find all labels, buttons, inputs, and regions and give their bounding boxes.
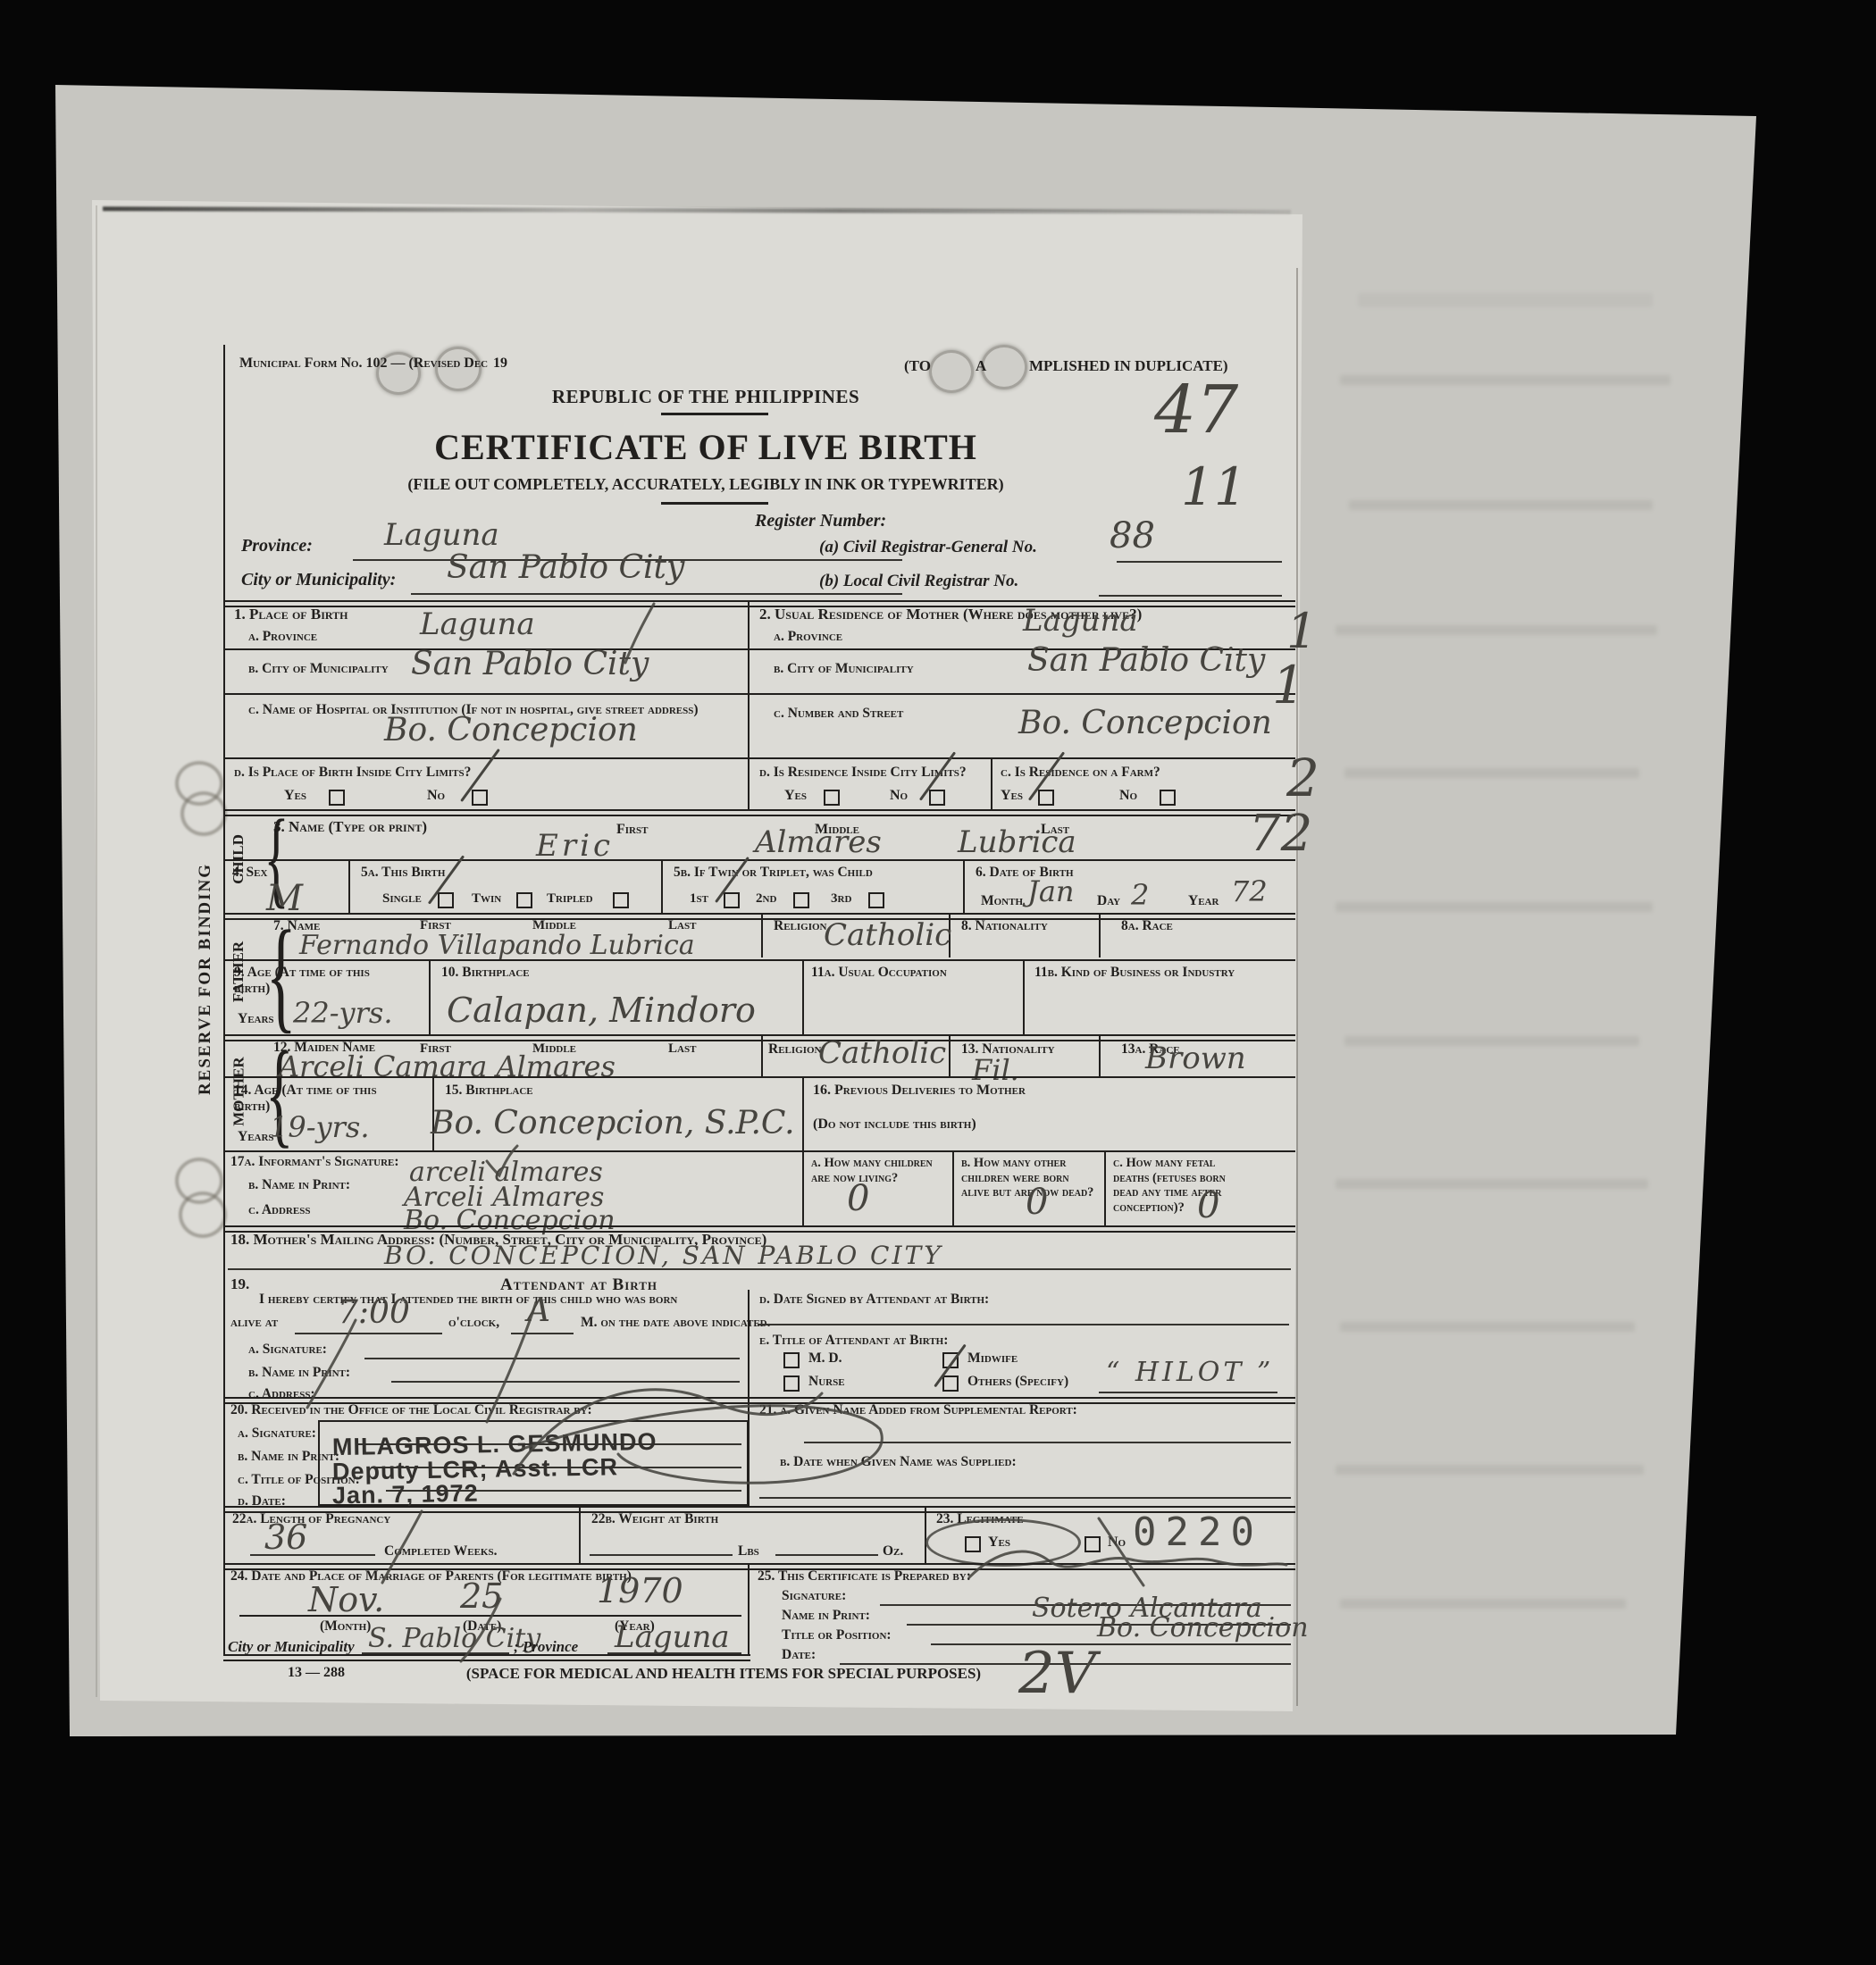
s2b-label: b. City of Municipality xyxy=(774,661,914,677)
children-living-value: 0 xyxy=(847,1181,869,1217)
pen-oval-yes xyxy=(925,1518,1081,1567)
triplet-checkbox xyxy=(613,892,629,908)
section-rule xyxy=(223,1654,750,1661)
row-rule xyxy=(223,757,1295,759)
mother-religion-label: Religion xyxy=(768,1041,822,1058)
weight-label: 22b. Weight at Birth xyxy=(591,1511,718,1527)
lbs-line xyxy=(590,1554,733,1556)
attendant-name-line xyxy=(391,1381,740,1383)
others-checkbox xyxy=(942,1375,959,1392)
third-order-label: 3rd xyxy=(831,891,851,907)
column-divider xyxy=(761,1034,763,1076)
column-divider xyxy=(1099,913,1101,957)
month-value: Jan xyxy=(1027,877,1075,906)
row-rule xyxy=(223,693,1295,695)
informant-name-label: b. Name in Print: xyxy=(248,1177,350,1193)
child-first-name: Eric xyxy=(536,831,614,861)
s1a-label: a. Province xyxy=(248,629,317,645)
column-divider xyxy=(952,1150,954,1225)
year-label: Year xyxy=(1188,893,1219,909)
others-line xyxy=(1099,1392,1277,1393)
marriage-province-value: Laguna xyxy=(615,1622,730,1652)
father-religion-label: Religion xyxy=(774,918,827,934)
duplicate-note-2: A xyxy=(976,357,986,375)
children-dead-value: 0 xyxy=(1026,1184,1048,1220)
duplicate-note-1: (TO xyxy=(904,357,931,375)
s1d-yes-checkbox xyxy=(329,790,345,806)
section-rule xyxy=(223,809,1295,816)
prepared-name-label: Name in Print: xyxy=(782,1608,870,1624)
received-name-label: b. Name in Print: xyxy=(238,1449,339,1465)
margin-smudge xyxy=(179,1192,227,1238)
prepared-signature-label: Signature: xyxy=(782,1588,846,1604)
column-divider xyxy=(348,859,350,913)
margin-annotation: 2V xyxy=(1018,1645,1096,1702)
certify-oclock: o'clock, xyxy=(448,1315,499,1331)
ornament-rule xyxy=(661,413,768,415)
marriage-province-label: ; Province xyxy=(514,1638,578,1656)
column-divider xyxy=(949,1034,951,1076)
completed-weeks-label: Completed Weeks. xyxy=(384,1543,497,1559)
attendant-signature-label: a. Signature: xyxy=(248,1342,327,1358)
first-order-label: 1st xyxy=(690,891,708,907)
local-civil-registrar-value: 88 xyxy=(1110,518,1155,554)
legitimate-no-checkbox xyxy=(1085,1536,1101,1552)
s1d-label: d. Is Place of Birth Inside City Limits? xyxy=(234,765,471,781)
ampm-value: A xyxy=(527,1295,550,1327)
page-left-edge xyxy=(96,205,97,1697)
single-label: Single xyxy=(382,891,422,907)
pregnancy-label: 22a. Length of Pregnancy xyxy=(232,1511,390,1527)
city-municipality-value: San Pablo City xyxy=(447,552,684,584)
s2e-yes-label: Yes xyxy=(1001,788,1023,804)
sex-label: 4. Sex xyxy=(232,865,267,881)
s2c-label: c. Number and Street xyxy=(774,706,903,722)
legitimate-no-label: No xyxy=(1108,1534,1126,1551)
nurse-label: Nurse xyxy=(808,1374,845,1390)
s2a-label: a. Province xyxy=(774,629,842,645)
mother-age-years-label: Years xyxy=(238,1129,274,1145)
city-municipality-line xyxy=(411,593,902,595)
s1d-no-label: No xyxy=(427,788,445,804)
form-number: Municipal Form No. 102 — (Revised Dec xyxy=(239,355,488,372)
bleedthrough-line xyxy=(1336,902,1653,912)
page-right-edge xyxy=(1296,268,1298,1706)
marriage-day-value: 25 xyxy=(460,1579,503,1613)
oz-label: Oz. xyxy=(883,1543,903,1559)
column-divider xyxy=(991,757,992,811)
supplemental-date-label: b. Date when Given Name was Supplied: xyxy=(780,1454,1017,1470)
s1b-label: b. City of Municipality xyxy=(248,661,389,677)
certify-alive-at: alive at xyxy=(230,1315,278,1331)
s1a-value: Laguna xyxy=(420,609,535,640)
prepared-title-label: Title or Position: xyxy=(782,1627,892,1643)
supplemental-date-line xyxy=(759,1497,1291,1499)
s1b-value: San Pablo City xyxy=(411,648,649,681)
certificate-subtitle: (FILE OUT COMPLETELY, ACCURATELY, LEGIBL… xyxy=(223,475,1188,494)
day-value: 2 xyxy=(1131,881,1149,909)
attendant-name-label: b. Name in Print: xyxy=(248,1365,350,1381)
bleedthrough-line xyxy=(1340,375,1671,385)
mother-nationality-value: Fil. xyxy=(972,1056,1019,1084)
third-order-checkbox xyxy=(868,892,884,908)
margin-annotation: 1 xyxy=(1286,607,1317,656)
s2d-no-label: No xyxy=(890,788,908,804)
second-order-label: 2nd xyxy=(756,891,776,907)
register-number-label: Register Number: xyxy=(755,511,886,531)
republic-heading: REPUBLIC OF THE PHILIPPINES xyxy=(223,386,1188,407)
serial-stamp: 0220 xyxy=(1133,1509,1263,1555)
local-civil-registrar-label: (b) Local Civil Registrar No. xyxy=(819,572,1018,591)
s2e-no-checkbox xyxy=(1160,790,1176,806)
father-race-label: 8a. Race xyxy=(1121,918,1173,934)
section-rule xyxy=(223,1034,1295,1041)
day-label: Day xyxy=(1097,893,1120,909)
bleedthrough-line xyxy=(1336,625,1657,635)
place-of-birth-header: 1. Place of Birth xyxy=(234,606,348,623)
province-value: Laguna xyxy=(384,520,499,550)
supplemental-name-label: 21. a. Given Name Added from Supplementa… xyxy=(759,1402,1286,1418)
s2a-value: Laguna xyxy=(1023,606,1138,636)
single-checkbox xyxy=(438,892,454,908)
title-of-attendant-label: e. Title of Attendant at Birth: xyxy=(759,1333,948,1349)
certify-line-2: M. on the date above indicated. xyxy=(581,1315,771,1331)
reserve-for-binding-label: RESERVE FOR BINDING xyxy=(196,818,215,1140)
city-municipality-label: City or Municipality: xyxy=(241,570,396,590)
ornament-rule xyxy=(661,502,768,505)
mother-last-header: Last xyxy=(668,1041,696,1057)
father-business-label: 11b. Kind of Business or Industry xyxy=(1034,965,1285,981)
column-divider xyxy=(661,859,663,913)
time-value: 7:00 xyxy=(338,1297,410,1329)
certify-line-1: I hereby certify that I attended the bir… xyxy=(259,1292,677,1308)
s2d-yes-label: Yes xyxy=(784,788,807,804)
bleedthrough-line xyxy=(1340,1599,1626,1609)
triplet-label: Tripled xyxy=(547,891,593,907)
column-divider xyxy=(748,1563,750,1654)
certificate-title: CERTIFICATE OF LIVE BIRTH xyxy=(223,427,1188,468)
q-children-living: a. How many children are now living? xyxy=(811,1156,945,1185)
attendant-number: 19. xyxy=(230,1275,249,1293)
civil-registrar-general-label: (a) Civil Registrar-General No. xyxy=(819,538,1037,557)
prepared-title-value: Bo. Concepcion xyxy=(1097,1615,1309,1642)
this-birth-label: 5a. This Birth xyxy=(361,865,445,881)
bleedthrough-line xyxy=(1336,1465,1644,1475)
bleedthrough-line xyxy=(1336,1179,1648,1189)
prepared-title-line xyxy=(931,1643,1291,1645)
mother-race-value: Brown xyxy=(1145,1043,1246,1074)
others-label: Others (Specify) xyxy=(967,1374,1068,1390)
form-left-border xyxy=(223,345,225,1656)
received-header: 20. Received in the Office of the Local … xyxy=(230,1402,731,1418)
row-rule xyxy=(223,959,1295,961)
column-divider xyxy=(1023,959,1025,1034)
q-fetal-deaths: c. How many fetal deaths (fetuses born d… xyxy=(1113,1156,1252,1216)
marriage-city-label: City or Municipality xyxy=(228,1638,355,1656)
marriage-year-value: 1970 xyxy=(597,1574,683,1608)
first-header: First xyxy=(616,822,648,838)
father-religion-value: Catholic xyxy=(824,920,951,950)
bleedthrough-line xyxy=(1344,768,1639,778)
first-order-checkbox xyxy=(724,892,740,908)
received-signature-label: a. Signature: xyxy=(238,1426,316,1442)
row-rule xyxy=(223,1150,1295,1152)
father-age-label: 9. Age (At time of this birth) xyxy=(234,965,386,997)
date-signed-label: d. Date Signed by Attendant at Birth: xyxy=(759,1292,989,1308)
column-divider xyxy=(748,600,750,811)
bleedthrough-line xyxy=(1358,293,1653,307)
prepared-date-label: Date: xyxy=(782,1647,816,1663)
s2e-yes-checkbox xyxy=(1038,790,1054,806)
twin-order-label: 5b. If Twin or Triplet, was Child xyxy=(674,865,873,881)
mailing-address-value: BO. CONCEPCION, SAN PABLO CITY xyxy=(384,1243,943,1268)
supplemental-name-line xyxy=(804,1442,1291,1443)
s1d-no-checkbox xyxy=(472,790,488,806)
footer-note: (SPACE FOR MEDICAL AND HEALTH ITEMS FOR … xyxy=(384,1665,1063,1683)
informant-signature-label: 17a. Informant's Signature: xyxy=(230,1154,399,1170)
prepared-header: 25. This Certificate is Prepared by: xyxy=(758,1568,971,1585)
previous-deliveries-note: (Do not include this birth) xyxy=(813,1116,976,1133)
s2e-no-label: No xyxy=(1119,788,1137,804)
bleedthrough-line xyxy=(1349,500,1653,510)
child-middle-name: Almares xyxy=(755,827,882,857)
column-divider xyxy=(1104,1150,1106,1225)
twin-checkbox xyxy=(516,892,532,908)
column-divider xyxy=(761,913,763,957)
column-divider xyxy=(748,1290,750,1397)
father-occupation-label: 11a. Usual Occupation xyxy=(811,965,947,981)
father-birthplace-label: 10. Birthplace xyxy=(441,965,530,981)
s1c-value: Bo. Concepcion xyxy=(384,715,638,747)
mailing-address-line xyxy=(228,1268,1291,1270)
informant-address-label: c. Address xyxy=(248,1202,310,1218)
md-label: M. D. xyxy=(808,1350,842,1367)
mother-religion-value: Catholic xyxy=(818,1038,946,1068)
bleedthrough-line xyxy=(1340,1322,1635,1332)
year-value: 72 xyxy=(1231,877,1268,906)
scanned-birth-certificate: Municipal Form No. 102 — (Revised Dec 19… xyxy=(0,0,1876,1965)
date-signed-line xyxy=(758,1324,1289,1325)
column-divider xyxy=(429,959,431,1034)
row-rule xyxy=(223,1076,1295,1078)
margin-annotation: 11 xyxy=(1181,461,1247,513)
md-checkbox xyxy=(783,1352,800,1368)
column-divider xyxy=(963,859,965,913)
child-name-label: 3. Name (Type or print) xyxy=(273,818,427,836)
mother-birthplace-value: Bo. Concepcion, S.P.C. xyxy=(431,1108,795,1140)
month-label: Month xyxy=(981,893,1023,909)
margin-annotation: 47 xyxy=(1154,377,1238,443)
father-name-value: Fernando Villapando Lubrica xyxy=(299,932,695,959)
mother-birthplace-label: 15. Birthplace xyxy=(445,1083,533,1099)
province-label: Province: xyxy=(241,536,313,556)
pregnancy-line xyxy=(250,1554,375,1556)
marriage-line xyxy=(239,1615,741,1617)
column-divider xyxy=(579,1506,581,1563)
mother-age-value: 19-yrs. xyxy=(270,1113,370,1141)
oz-line xyxy=(775,1554,878,1556)
father-birthplace-value: Calapan, Mindoro xyxy=(447,993,756,1027)
ampm-blank xyxy=(511,1333,574,1334)
child-last-name: Lubrica xyxy=(958,827,1076,857)
previous-deliveries-label: 16. Previous Deliveries to Mother xyxy=(813,1083,1026,1099)
pregnancy-value: 36 xyxy=(264,1520,307,1554)
attendant-signature-line xyxy=(364,1358,740,1359)
marriage-month-value: Nov. xyxy=(308,1583,384,1617)
local-civil-registrar-line xyxy=(1099,595,1282,597)
s2b-value: San Pablo City xyxy=(1027,645,1265,677)
time-blank xyxy=(295,1333,442,1334)
father-nationality-label: 8. Nationality xyxy=(961,918,1048,934)
punch-hole xyxy=(981,345,1027,389)
column-divider xyxy=(925,1506,926,1563)
lbs-label: Lbs xyxy=(738,1543,759,1559)
fetal-deaths-value: 0 xyxy=(1197,1188,1219,1224)
second-order-checkbox xyxy=(793,892,809,908)
column-divider xyxy=(802,959,804,1034)
midwife-label: Midwife xyxy=(967,1350,1018,1367)
civil-registrar-general-line xyxy=(1117,561,1282,563)
marriage-header: 24. Date and Place of Marriage of Parent… xyxy=(230,1568,632,1585)
twin-label: Twin xyxy=(472,891,501,907)
row-rule xyxy=(223,859,1295,861)
bleedthrough-line xyxy=(1344,1036,1639,1046)
footer-code: 13 — 288 xyxy=(288,1665,345,1681)
s2d-yes-checkbox xyxy=(824,790,840,806)
margin-annotation: 72 xyxy=(1249,809,1312,859)
margin-annotation: 1 xyxy=(1272,659,1305,711)
others-value: “ HILOT ” xyxy=(1106,1359,1274,1386)
s2d-no-checkbox xyxy=(929,790,945,806)
margin-annotation: 2 xyxy=(1286,752,1319,804)
form-number-year: 19 xyxy=(493,355,507,372)
nurse-checkbox xyxy=(783,1375,800,1392)
s2c-value: Bo. Concepcion xyxy=(1018,707,1272,740)
father-age-value: 22-yrs. xyxy=(293,999,393,1027)
month-sublabel: (Month) xyxy=(320,1618,371,1635)
column-divider xyxy=(1099,1034,1101,1076)
